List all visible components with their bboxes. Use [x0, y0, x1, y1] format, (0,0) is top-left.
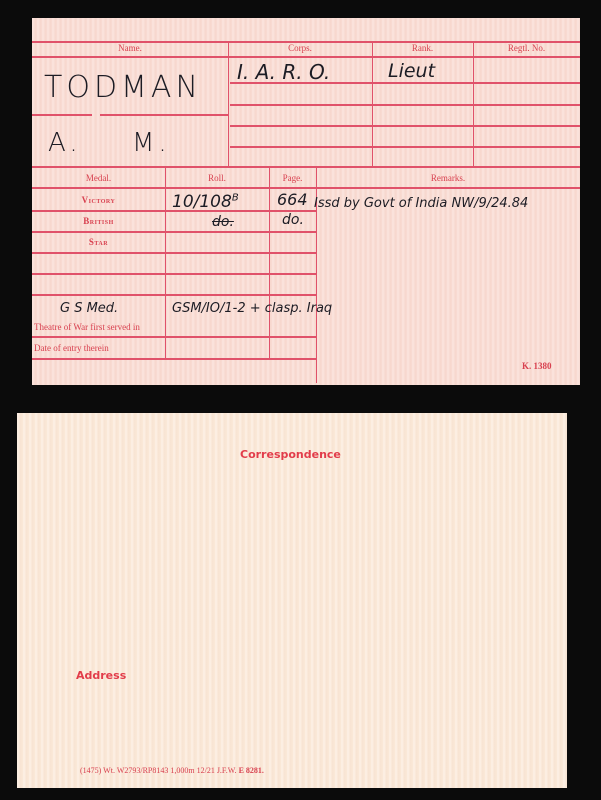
rule	[230, 146, 580, 148]
surname: TODMAN	[44, 70, 202, 105]
rule	[32, 252, 316, 254]
medal-index-card-back: Correspondence Address (1475) Wt. W2793/…	[17, 413, 567, 788]
rule	[32, 114, 92, 116]
correspondence-heading: Correspondence	[240, 448, 341, 461]
rank-value: Lieut	[388, 60, 435, 82]
victory-roll: 10/108B	[172, 192, 239, 212]
regtl-no-header: Regtl. No.	[473, 43, 580, 53]
rule	[32, 56, 580, 58]
rule	[473, 41, 474, 166]
rule	[372, 41, 373, 166]
medal-header: Medal.	[32, 173, 165, 183]
rule	[32, 166, 580, 168]
medal-british: British	[32, 216, 165, 226]
medal-victory: Victory	[32, 195, 165, 205]
remarks-header: Remarks.	[316, 173, 580, 183]
rule	[32, 187, 580, 189]
british-roll: do.	[212, 214, 234, 230]
rule	[32, 336, 316, 338]
printer-line: (1475) Wt. W2793/RP8143 1,000m 12/21 J.F…	[80, 766, 264, 775]
medal-index-card-front: Name. Corps. Rank. Regtl. No. TODMAN A. …	[32, 18, 580, 385]
rule	[32, 358, 316, 360]
victory-page: 664	[277, 190, 308, 209]
british-page: do.	[282, 212, 304, 228]
rule	[230, 125, 580, 127]
medal-star: Star	[32, 237, 165, 247]
page-header: Page.	[269, 173, 316, 183]
other-medal-roll: GSM/IO/1-2 + clasp. Iraq	[172, 301, 332, 316]
rule	[228, 41, 229, 166]
roll-header: Roll.	[165, 173, 269, 183]
initial-second: M.	[132, 128, 171, 158]
corps-value: I. A. R. O.	[237, 60, 330, 84]
rule	[32, 231, 316, 233]
form-code: K. 1380	[522, 361, 552, 371]
rank-header: Rank.	[372, 43, 473, 53]
rule	[269, 166, 270, 358]
corps-header: Corps.	[228, 43, 372, 53]
other-medal: G S Med.	[60, 301, 118, 316]
remarks-value: Issd by Govt of India NW/9/24.84	[314, 196, 528, 211]
initial-first: A.	[48, 128, 82, 158]
rule	[230, 104, 580, 106]
rule	[32, 273, 316, 275]
rule	[100, 114, 228, 116]
date-entry-label: Date of entry therein	[34, 343, 109, 353]
rule	[165, 166, 166, 358]
rule	[32, 294, 316, 296]
theatre-label: Theatre of War first served in	[34, 322, 140, 332]
name-header: Name.	[32, 43, 228, 53]
address-heading: Address	[76, 669, 126, 682]
